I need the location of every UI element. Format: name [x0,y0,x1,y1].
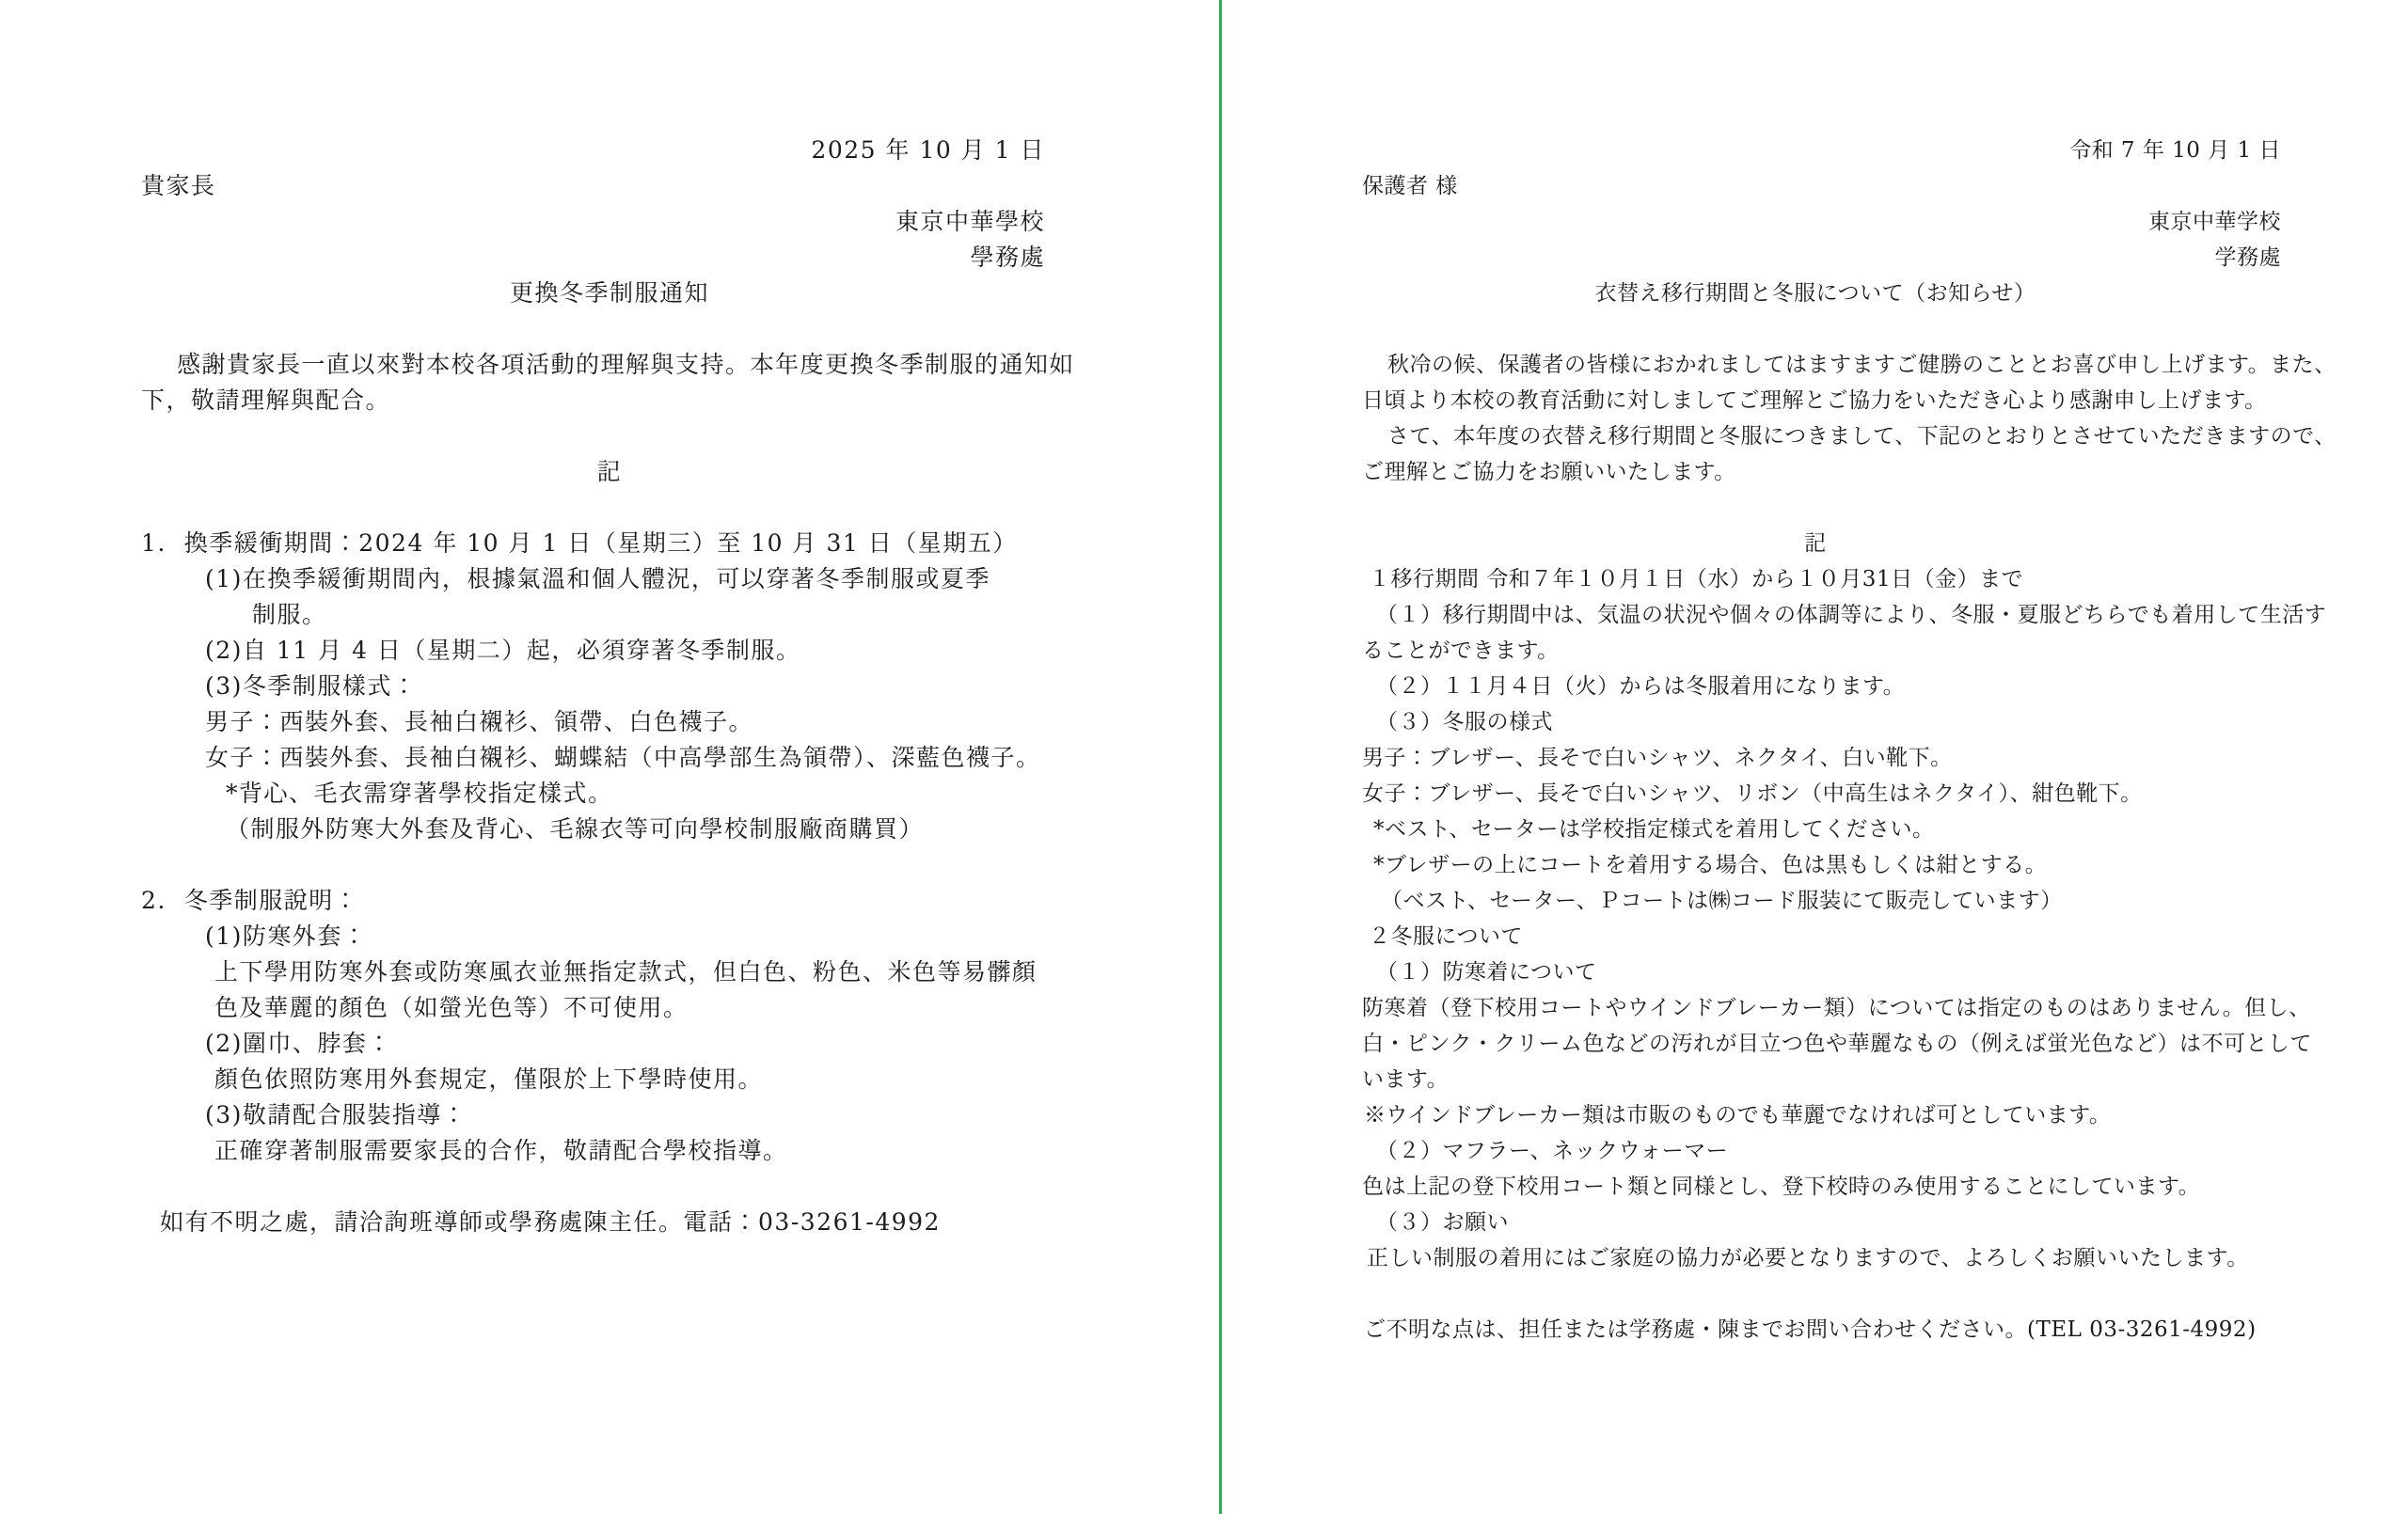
body-line: 色及華麗的顏色（如螢光色等）不可使用。 [214,990,1219,1026]
body-line: (2)圍巾、脖套： [205,1026,1219,1062]
body-line: （２）マフラー、ネックウォーマー [1376,1133,2408,1169]
body-line: さて、本年度の衣替え移行期間と冬服につきまして、下記のとおりとさせていただきます… [1387,418,2408,454]
body-line: （ベスト、セーター、Ｐコートは㈱コード服装にて販売しています） [1381,883,2408,919]
contact-line: ご不明な点は、担任または学務處・陳までお問い合わせください。(TEL 03-32… [1364,1312,2408,1348]
document-canvas: 2025 年 10 月 1 日貴家長東京中華學校學務處更換冬季制服通知感謝貴家長… [0,0,2408,1514]
body-line: 防寒着（登下校用コートやウインドブレーカー類）については指定のものはありません。… [1362,990,2408,1026]
body-line: （１）移行期間中は、気温の状況や個々の体調等により、冬服・夏服どちらでも着用して… [1376,597,2408,633]
body-line: ※ウインドブレーカー類は市販のものでも華麗でなければ可としています。 [1364,1097,2408,1133]
body-line: *ブレザーの上にコートを着用する場合、色は黒もしくは紺とする。 [1373,847,2408,883]
body-line: （１）防寒着について [1376,954,2408,990]
school-name: 東京中華學校 [0,204,1219,240]
body-line: 男子：西裝外套、長袖白襯衫、領帶、白色襪子。 [205,704,1219,740]
body-line: 白・ピンク・クリーム色などの汚れが目立つ色や華麗なもの（例えば蛍光色など）は不可… [1362,1026,2408,1062]
body-line: 男子：ブレザー、長そで白いシャツ、ネクタイ、白い靴下。 [1362,740,2408,776]
body-line: ることができます。 [1362,633,2408,669]
record-marker: 記 [1223,526,2408,561]
body-line: (3)冬季制服樣式： [205,669,1219,704]
body-line: 秋冷の候、保護者の皆様におかれましてはますますご健勝のこととお喜び申し上げます。… [1387,347,2408,383]
issue-date: 2025 年 10 月 1 日 [0,133,1219,168]
body-line: 制服。 [252,597,1219,633]
office-name: 學務處 [0,240,1219,276]
body-line: 下，敬請理解與配合。 [141,383,1219,418]
record-marker: 記 [0,454,1219,490]
body-line: 日頃より本校の教育活動に対しましてご理解とご協力をいただき心より感謝申し上げます… [1362,383,2408,418]
page-chinese-notice: 2025 年 10 月 1 日貴家長東京中華學校學務處更換冬季制服通知感謝貴家長… [0,0,1219,1240]
list-item-2: 2. 冬季制服說明： [141,883,1219,919]
salutation: 貴家長 [141,168,1219,204]
page-japanese-notice: 令和 7 年 10 月 1 日保護者 様東京中華学校学務處衣替え移行期間と冬服に… [1223,0,2408,1348]
body-line: 正確穿著制服需要家長的合作，敬請配合學校指導。 [214,1133,1219,1169]
body-line: （３）お願い [1376,1205,2408,1240]
list-item-1: １移行期間 令和７年１０月１日（水）から１０月31日（金）まで [1369,561,2408,597]
body-line: （２）１１月４日（火）からは冬服着用になります。 [1376,669,2408,704]
body-line: ご理解とご協力をお願いいたします。 [1362,454,2408,490]
contact-line: 如有不明之處，請洽詢班導師或學務處陳主任。電話：03-3261-4992 [160,1205,1219,1240]
body-line: 顏色依照防寒用外套規定，僅限於上下學時使用。 [214,1062,1219,1097]
body-line: 色は上記の登下校用コート類と同様とし、登下校時のみ使用することにしています。 [1362,1169,2408,1205]
issue-date: 令和 7 年 10 月 1 日 [1223,133,2408,168]
body-line: （３）冬服の様式 [1376,704,2408,740]
body-line: 女子：西裝外套、長袖白襯衫、蝴蝶結（中高學部生為領帶）、深藍色襪子。 [205,740,1219,776]
body-line: 上下學用防寒外套或防寒風衣並無指定款式，但白色、粉色、米色等易髒顏 [214,954,1219,990]
body-line: 感謝貴家長一直以來對本校各項活動的理解與支持。本年度更換冬季制服的通知如 [177,347,1219,383]
body-line: 正しい制服の着用にはご家庭の協力が必要となりますので、よろしくお願いいたします。 [1367,1240,2408,1276]
office-name: 学務處 [1223,240,2408,276]
salutation: 保護者 様 [1362,168,2408,204]
body-line: （制服外防寒大外套及背心、毛線衣等可向學校制服廠商購買） [226,812,1219,847]
body-line: (1)防寒外套： [205,919,1219,954]
body-line: (2)自 11 月 4 日（星期二）起，必須穿著冬季制服。 [205,633,1219,669]
body-line: *ベスト、セーターは学校指定様式を着用してください。 [1373,812,2408,847]
body-line: (1)在換季緩衝期間內，根據氣溫和個人體況，可以穿著冬季制服或夏季 [205,561,1219,597]
page-divider [1219,0,1222,1514]
body-line: *背心、毛衣需穿著學校指定樣式。 [226,776,1219,812]
body-line: います。 [1362,1062,2408,1097]
body-line: (3)敬請配合服裝指導： [205,1097,1219,1133]
notice-title: 更換冬季制服通知 [0,276,1219,311]
list-item-1: 1. 換季緩衝期間：2024 年 10 月 1 日（星期三）至 10 月 31 … [141,526,1219,561]
list-item-2: ２冬服について [1369,919,2408,954]
body-line: 女子：ブレザー、長そで白いシャツ、リボン（中高生はネクタイ）、紺色靴下。 [1362,776,2408,812]
school-name: 東京中華学校 [1223,204,2408,240]
notice-title: 衣替え移行期間と冬服について（お知らせ） [1223,276,2408,311]
